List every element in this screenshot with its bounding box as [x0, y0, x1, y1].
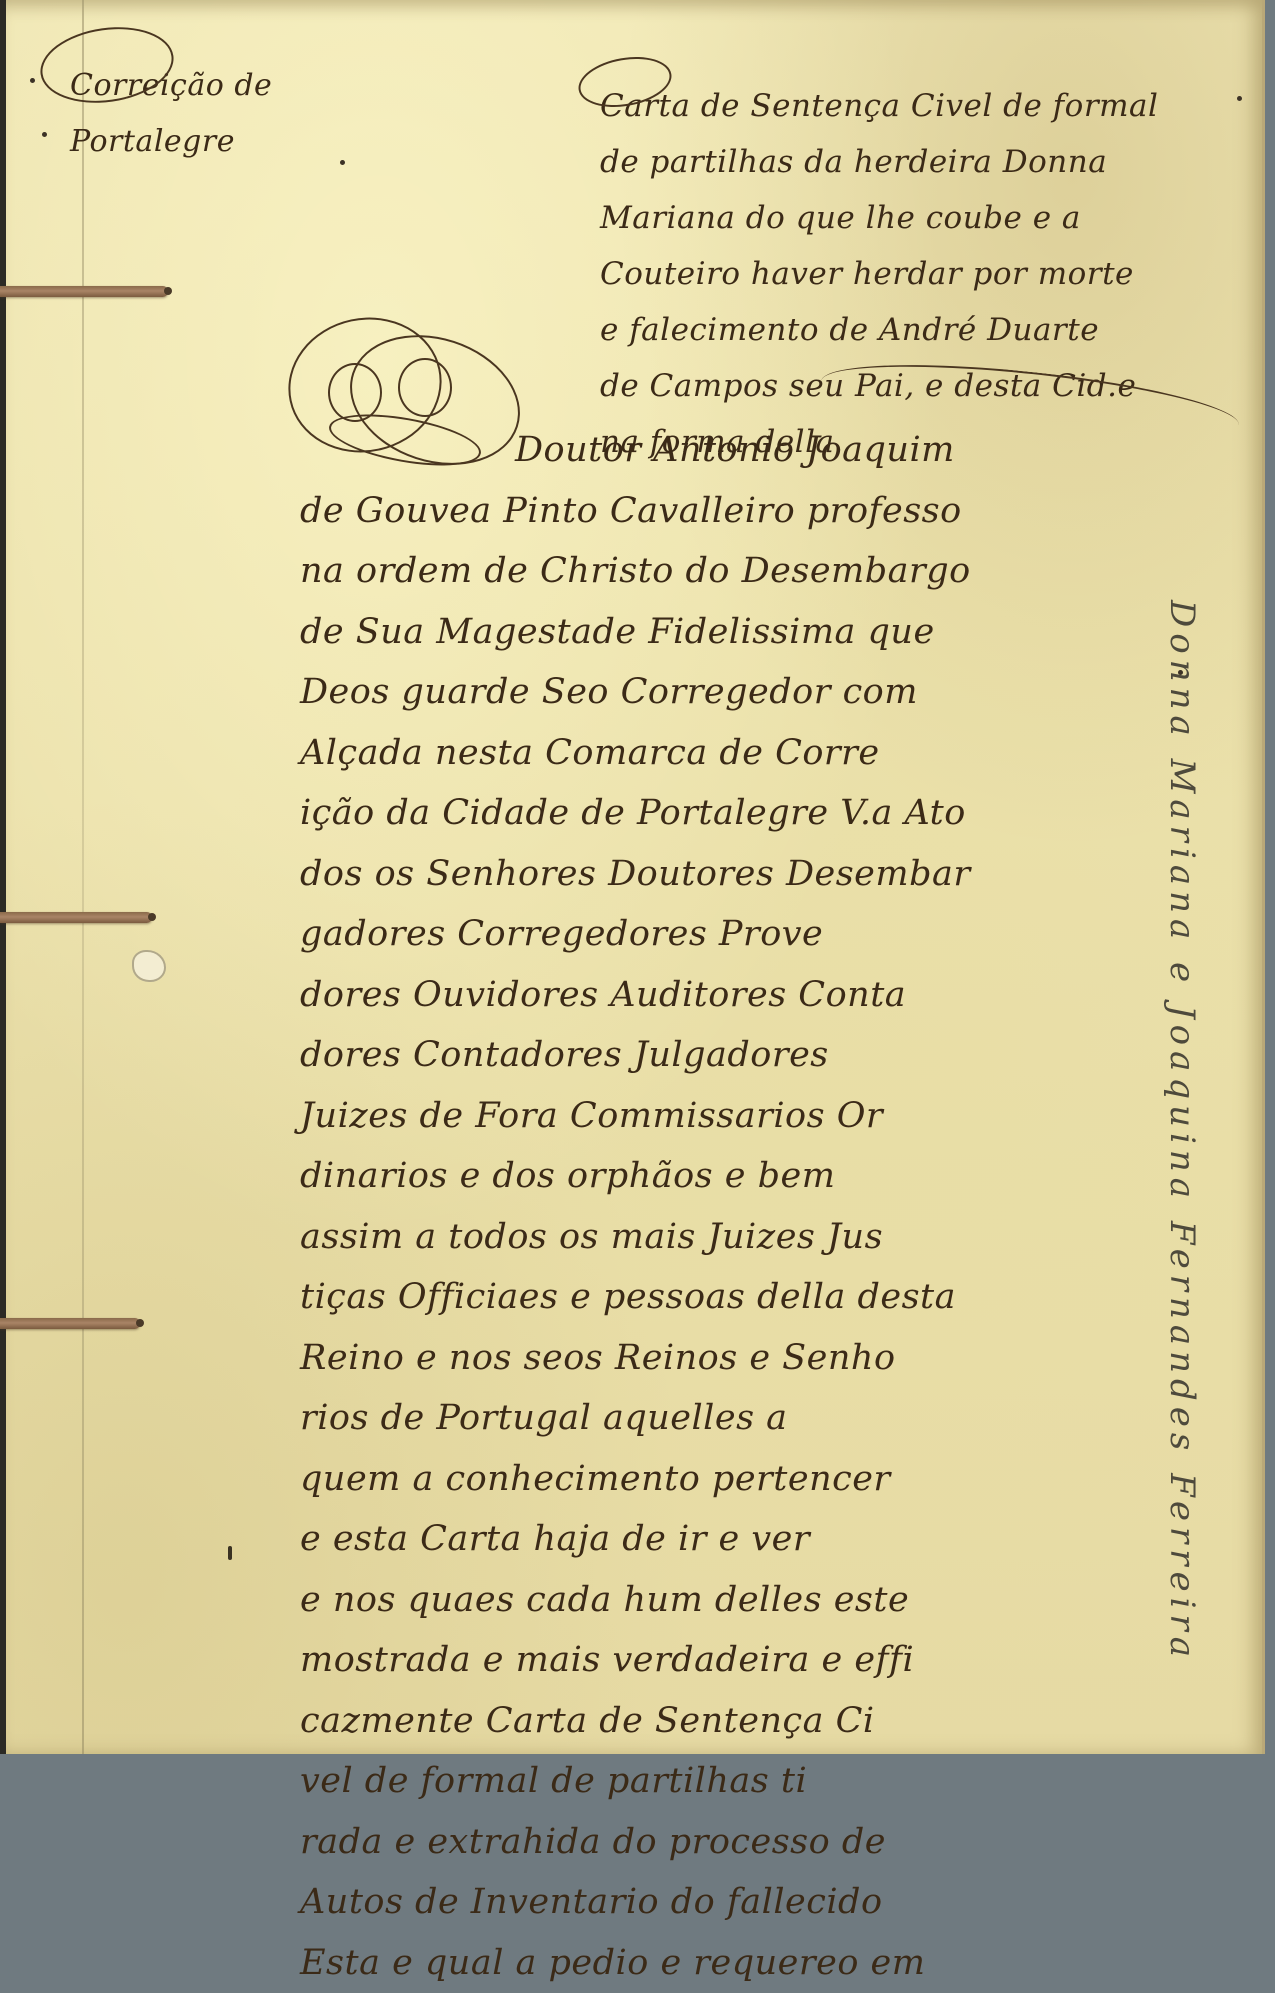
ink-speck: [1237, 96, 1242, 101]
ink-mark: [228, 1546, 232, 1560]
title-line: Mariana do que lhe coube e a: [600, 190, 1158, 246]
body-line: na ordem de Christo do Desembargo: [300, 541, 971, 602]
body-line: Juizes de Fora Commissarios Or: [300, 1086, 971, 1147]
body-line: dores Contadores Julgadores: [300, 1025, 971, 1086]
body-line: tiças Officiaes e pessoas della desta: [300, 1267, 971, 1328]
body-line: de Gouvea Pinto Cavalleiro professo: [300, 481, 971, 542]
body-line: quem a conhecimento pertencer: [300, 1449, 971, 1510]
initial-loop: [398, 358, 452, 417]
manuscript-page: Correição de Portalegre Carta de Sentenç…: [0, 0, 1265, 1754]
body-line: rios de Portugal aquelles a: [300, 1388, 971, 1449]
title-line: de partilhas da herdeira Donna: [600, 134, 1158, 190]
body-line: Deos guarde Seo Corregedor com: [300, 662, 971, 723]
body-line: cazmente Carta de Sentença Ci: [300, 1691, 971, 1752]
title-line: Carta de Sentença Civel de formal: [600, 78, 1158, 134]
page-edge-shadow: [0, 0, 6, 1754]
ink-speck: [42, 132, 47, 137]
body-text: Doutor Antonio Joaquim de Gouvea Pinto C…: [300, 420, 971, 1754]
margin-heading: Correição de Portalegre: [70, 58, 272, 170]
body-line: Doutor Antonio Joaquim: [300, 420, 971, 481]
initial-loop: [328, 363, 382, 422]
body-line: gadores Corregedores Prove: [300, 904, 971, 965]
title-line: Couteiro haver herdar por morte: [600, 246, 1158, 302]
body-line: dos os Senhores Doutores Desembar: [300, 844, 971, 905]
body-line: e nos quaes cada hum delles este: [300, 1570, 971, 1631]
body-line: e esta Carta haja de ir e ver: [300, 1509, 971, 1570]
body-line: de Sua Magestade Fidelissima que: [300, 602, 971, 663]
paper-tear: [132, 950, 166, 982]
binding-stitch: [0, 286, 168, 297]
body-line: dinarios e dos orphãos e bem: [300, 1146, 971, 1207]
ink-speck: [30, 78, 35, 83]
margin-heading-line: Portalegre: [70, 114, 272, 170]
binding-stitch: [0, 912, 152, 923]
fold-line: [82, 0, 84, 1754]
body-line: ição da Cidade de Portalegre V.a Ato: [300, 783, 971, 844]
title-line: e falecimento de André Duarte: [600, 302, 1158, 358]
body-line: assim a todos os mais Juizes Jus: [300, 1207, 971, 1268]
body-line: dores Ouvidores Auditores Conta: [300, 965, 971, 1026]
body-line: Reino e nos seos Reinos e Senho: [300, 1328, 971, 1389]
body-line: Alçada nesta Comarca de Corre: [300, 723, 971, 784]
ink-speck: [340, 160, 345, 165]
vertical-margin-note: Donna Mariana e Joaquina Fernandes Ferre…: [1162, 600, 1202, 1663]
body-line: mostrada e mais verdadeira e effi: [300, 1630, 971, 1691]
binding-stitch: [0, 1318, 140, 1329]
